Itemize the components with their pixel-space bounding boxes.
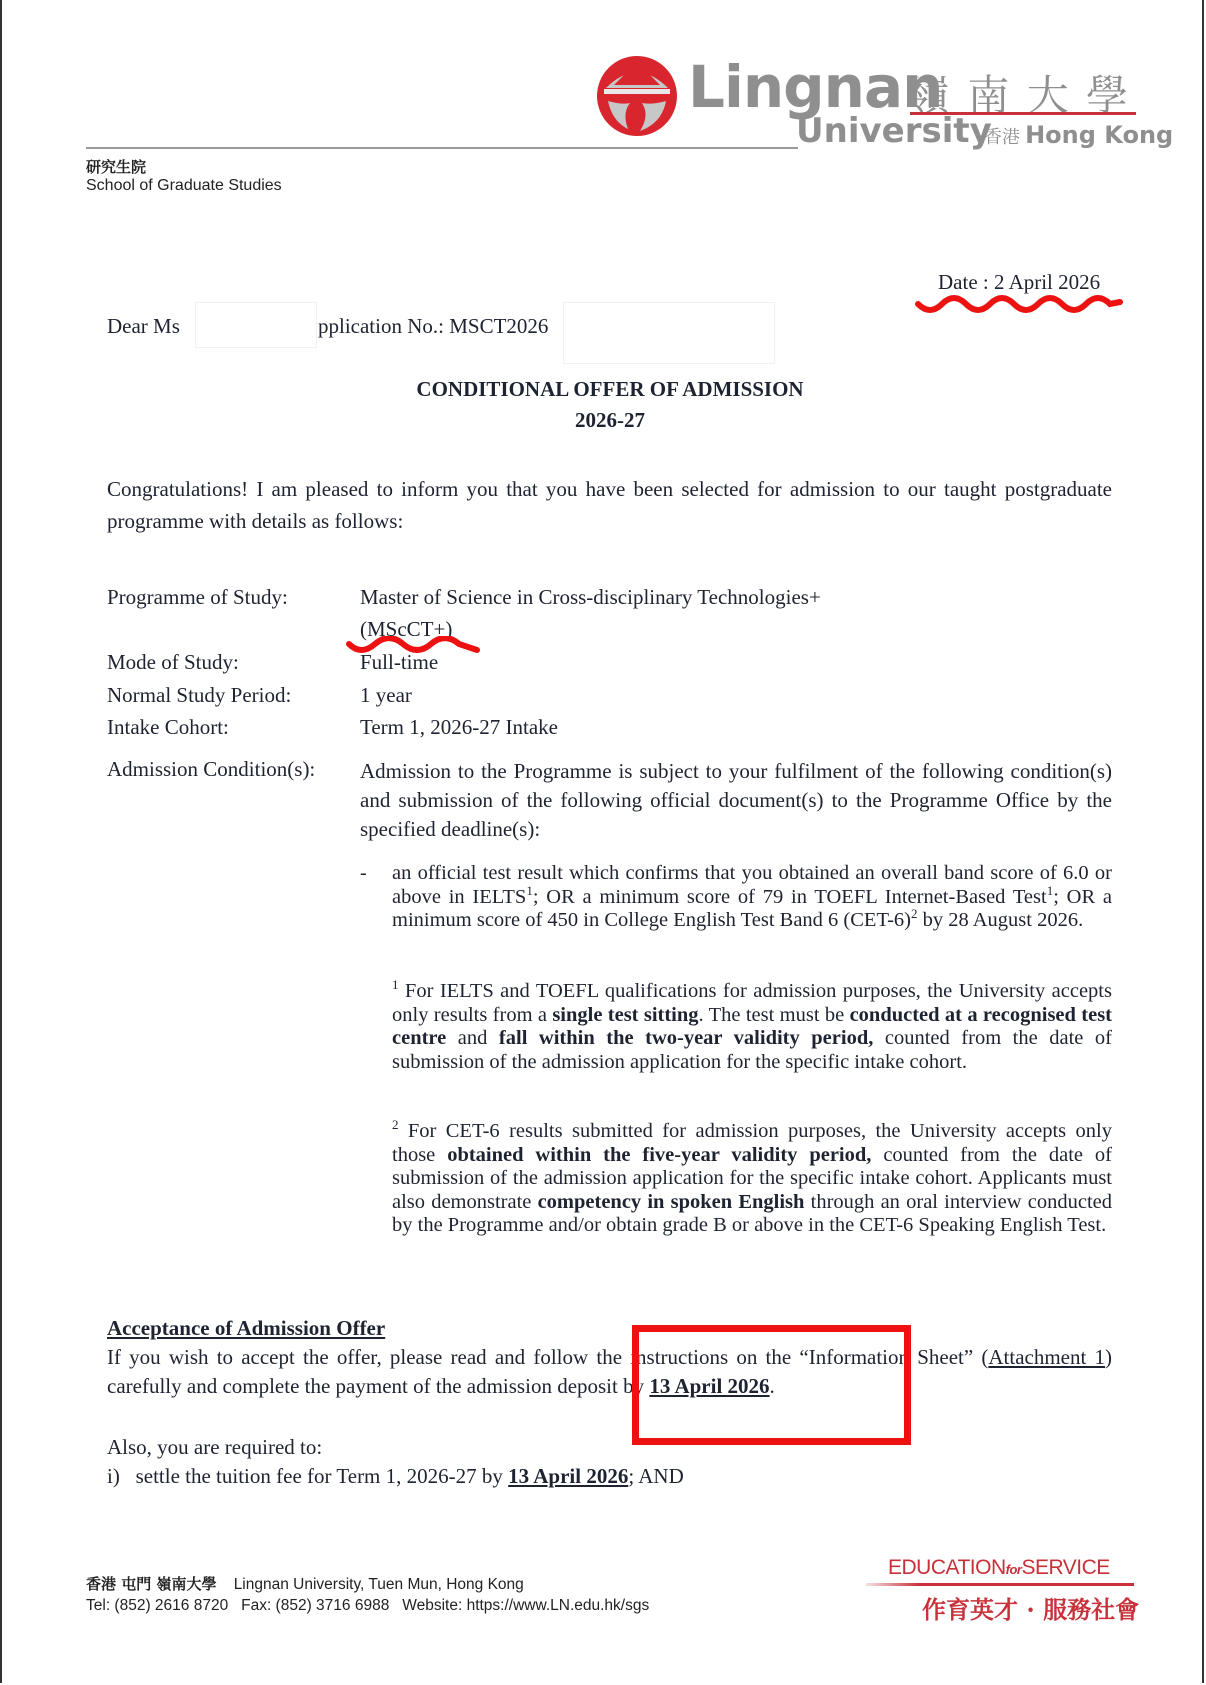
motto-rule [866, 1583, 1134, 1586]
deadline-highlight-box [632, 1325, 911, 1445]
footnote-1-text: and [446, 1027, 499, 1049]
logo-wordmark-university: University [796, 111, 992, 151]
salutation: Dear Ms [107, 312, 180, 341]
tuition-deadline: 13 April 2026 [508, 1464, 628, 1488]
value-conditions: Admission to the Programme is subject to… [360, 757, 1112, 844]
offer-title: CONDITIONAL OFFER OF ADMISSION [0, 377, 1206, 402]
label-period: Normal Study Period: [107, 683, 291, 708]
motto-en-part1: EDUCATION [888, 1556, 1006, 1579]
department-en: School of Graduate Studies [86, 177, 282, 195]
date-squiggle-mark [914, 294, 1124, 316]
attachment-link[interactable]: Attachment 1 [988, 1345, 1105, 1369]
footnote-1-bold: fall within the two-year validity period… [499, 1027, 873, 1049]
footer-address-en: Lingnan University, Tuen Mun, Hong Kong [234, 1576, 524, 1593]
value-intake: Term 1, 2026-27 Intake [360, 715, 558, 740]
footer-address: 香港 屯門 嶺南大學 Lingnan University, Tuen Mun,… [86, 1573, 524, 1594]
logo-location-en: Hong Kong [1025, 121, 1173, 149]
footer-fax: Fax: (852) 3716 6988 [241, 1597, 389, 1614]
footer-address-zh: 香港 屯門 嶺南大學 [86, 1575, 216, 1593]
value-programme: Master of Science in Cross-disciplinary … [360, 585, 821, 610]
condition-bullet: - [360, 862, 367, 885]
condition-text: an official test result which confirms t… [392, 862, 1112, 933]
footnote-1: 1 For IELTS and TOEFL qualifications for… [392, 980, 1112, 1074]
acceptance-paragraph: If you wish to accept the offer, please … [107, 1343, 1112, 1401]
label-intake: Intake Cohort: [107, 715, 229, 740]
logo-location-zh: 香港 [984, 127, 1020, 148]
requirement-item: i) settle the tuition fee for Term 1, 20… [107, 1462, 684, 1491]
footnote-1-bold: single test sitting [552, 1004, 698, 1026]
footer-tel: Tel: (852) 2616 8720 [86, 1597, 228, 1614]
footnote-2: 2 For CET-6 results submitted for admiss… [392, 1120, 1112, 1238]
condition-deadline: by 28 August 2026. [918, 909, 1084, 931]
acceptance-heading: Acceptance of Admission Offer [107, 1316, 385, 1341]
academic-year: 2026-27 [0, 408, 1206, 433]
label-conditions: Admission Condition(s): [107, 757, 315, 782]
requirement-text: settle the tuition fee for Term 1, 2026-… [136, 1464, 509, 1488]
condition-text-toefl: ; OR a minimum score of 79 in TOEFL Inte… [533, 886, 1047, 908]
motto-en-for: for [1006, 1562, 1022, 1577]
lingnan-crest-icon [596, 55, 678, 137]
value-period: 1 year [360, 683, 412, 708]
requirement-tail: ; AND [628, 1464, 683, 1488]
motto-zh: 作育英才 · 服務社會 [922, 1590, 1139, 1625]
redacted-application-suffix [563, 302, 775, 364]
value-mode: Full-time [360, 650, 438, 675]
logo-location: 香港 Hong Kong [984, 121, 1173, 149]
requirement-marker: i) [107, 1464, 120, 1488]
header-divider [86, 147, 798, 149]
motto-en: EDUCATIONforSERVICE [888, 1556, 1110, 1580]
motto-en-part2: SERVICE [1021, 1556, 1109, 1579]
label-programme: Programme of Study: [107, 585, 288, 610]
logo-red-rule [910, 112, 1136, 115]
footer-contacts: Tel: (852) 2616 8720 Fax: (852) 3716 698… [86, 1597, 649, 1615]
application-number: pplication No.: MSCT2026 [318, 312, 548, 341]
footnote-1-text: . The test must be [699, 1004, 850, 1026]
also-required: Also, you are required to: [107, 1433, 322, 1462]
letter-date: Date : 2 April 2026 [938, 268, 1100, 297]
department-zh: 研究生院 [86, 156, 146, 177]
footnote-2-bold: competency in spoken English [538, 1191, 805, 1213]
footer-website[interactable]: Website: https://www.LN.edu.hk/sgs [402, 1597, 649, 1614]
label-mode: Mode of Study: [107, 650, 239, 675]
intro-paragraph: Congratulations! I am pleased to inform … [107, 473, 1112, 537]
footnote-2-bold: obtained within the five-year validity p… [447, 1144, 871, 1166]
redacted-name [195, 302, 317, 348]
